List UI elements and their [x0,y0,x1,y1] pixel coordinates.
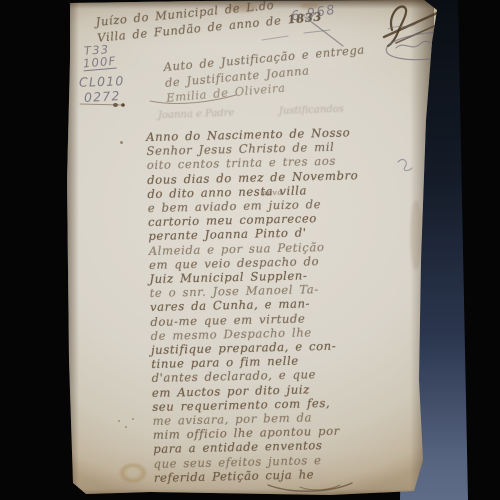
title-flourish-icon [150,95,236,103]
scanned-manuscript: Juízo do Municipal de L.do Villa de Fund… [0,0,500,500]
end-flourish-icon [268,483,352,491]
margin-underline-icon [80,103,125,107]
pencil-strike-icon [262,17,343,46]
side-squiggle-icon [398,159,412,170]
